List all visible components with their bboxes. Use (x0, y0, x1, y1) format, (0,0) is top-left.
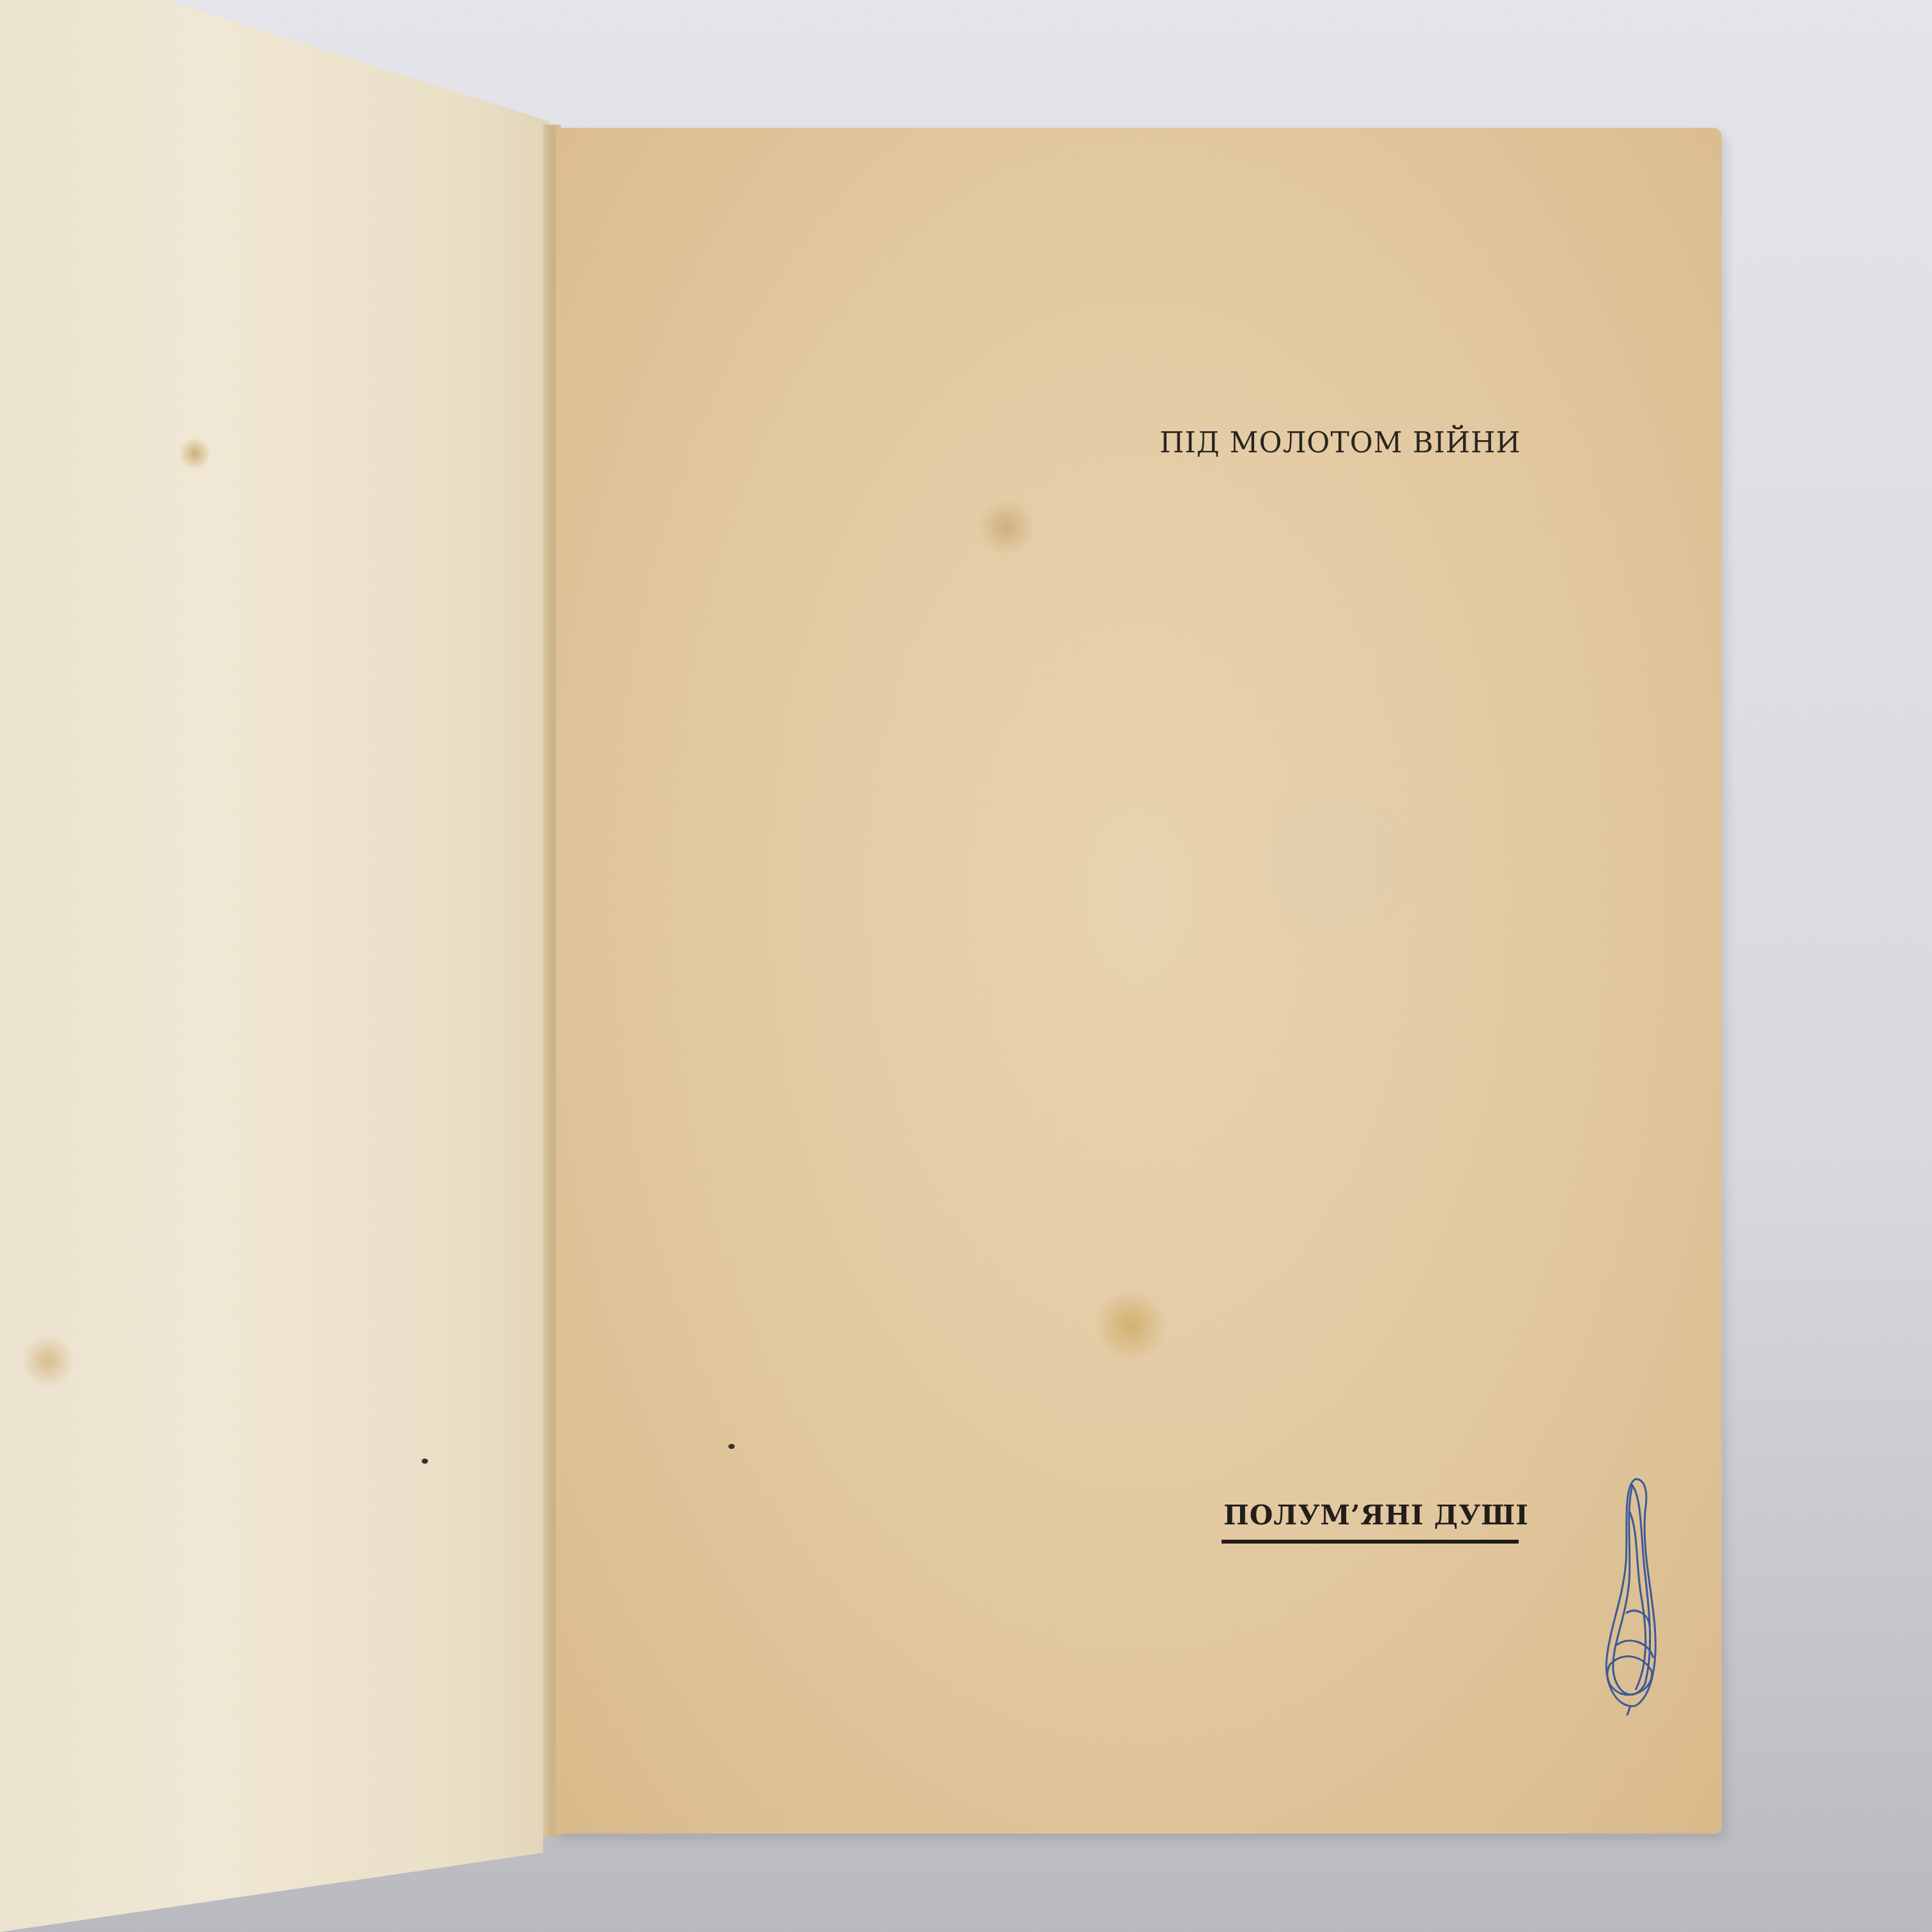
stain (22, 1332, 73, 1390)
stain (1092, 1291, 1169, 1361)
stain (1246, 767, 1437, 958)
speck (422, 1459, 428, 1464)
right-page (556, 128, 1722, 1834)
top-title: ПІД МОЛОТОМ ВІЙНИ (1160, 427, 1521, 459)
left-page (0, 0, 549, 1932)
speck (728, 1444, 735, 1449)
stain (977, 498, 1035, 556)
title-underline (1222, 1540, 1519, 1544)
pen-scribble-icon (1591, 1473, 1674, 1715)
bottom-title: ПОЛУМ’ЯНІ ДУШІ (1223, 1499, 1529, 1531)
stain (179, 438, 211, 470)
